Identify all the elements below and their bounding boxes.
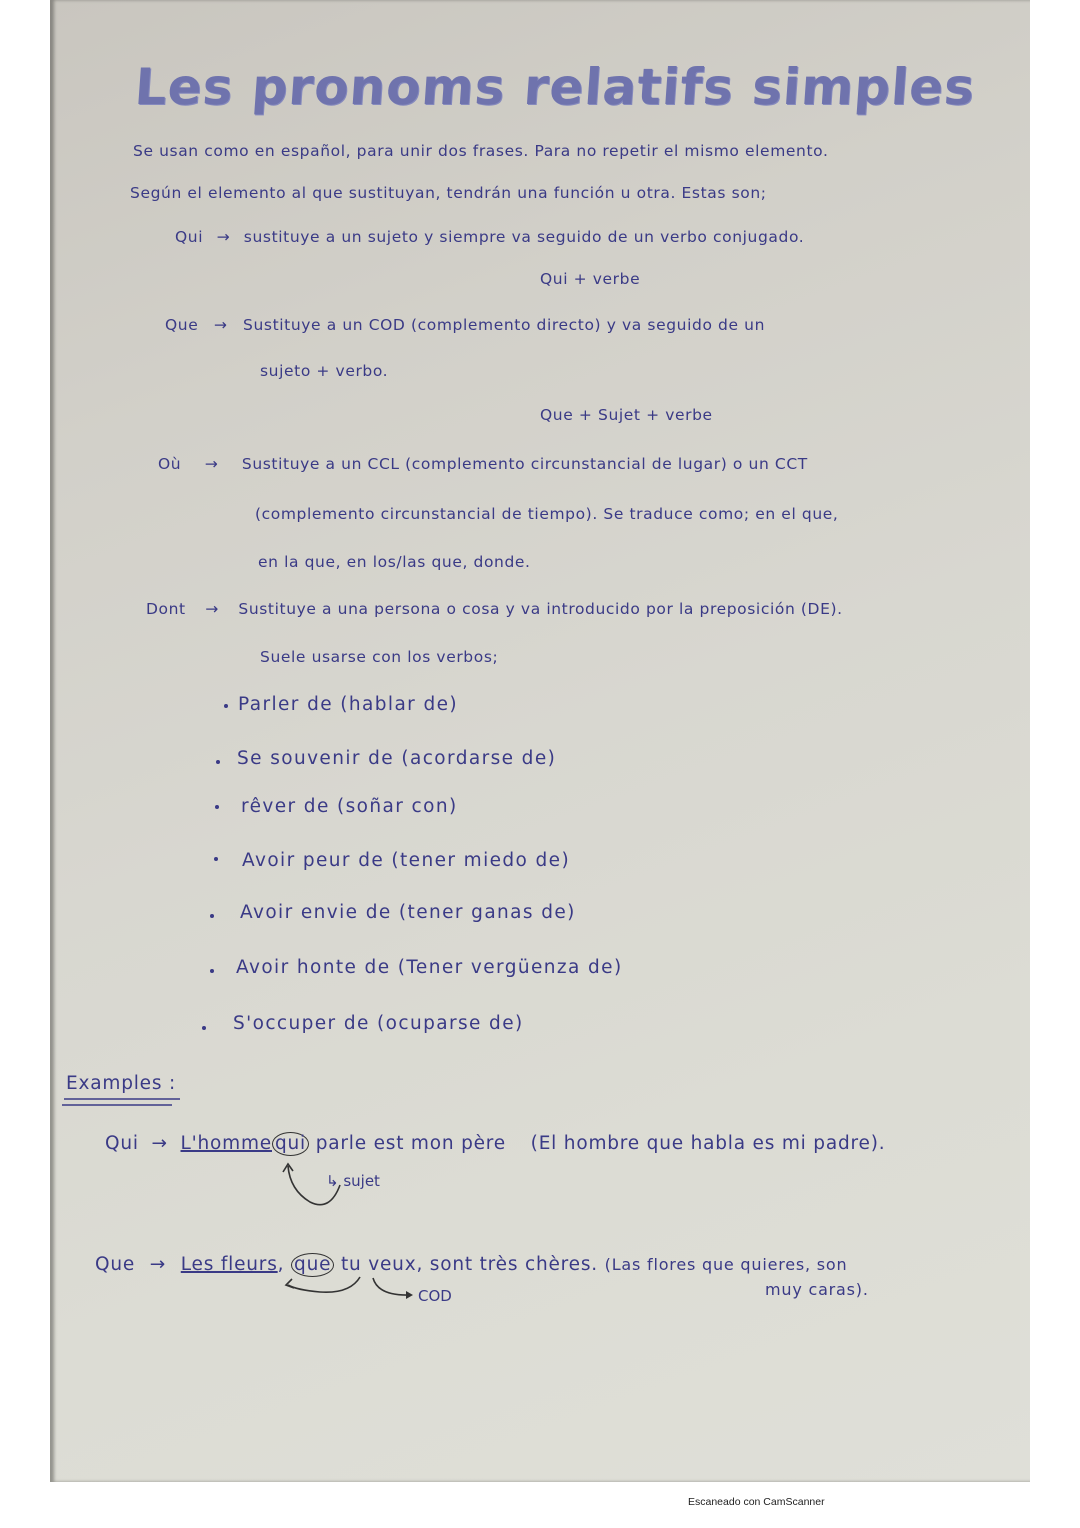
curved-arrow-icon [0,0,1080,1528]
scanner-watermark: Escaneado con CamScanner [688,1496,825,1508]
